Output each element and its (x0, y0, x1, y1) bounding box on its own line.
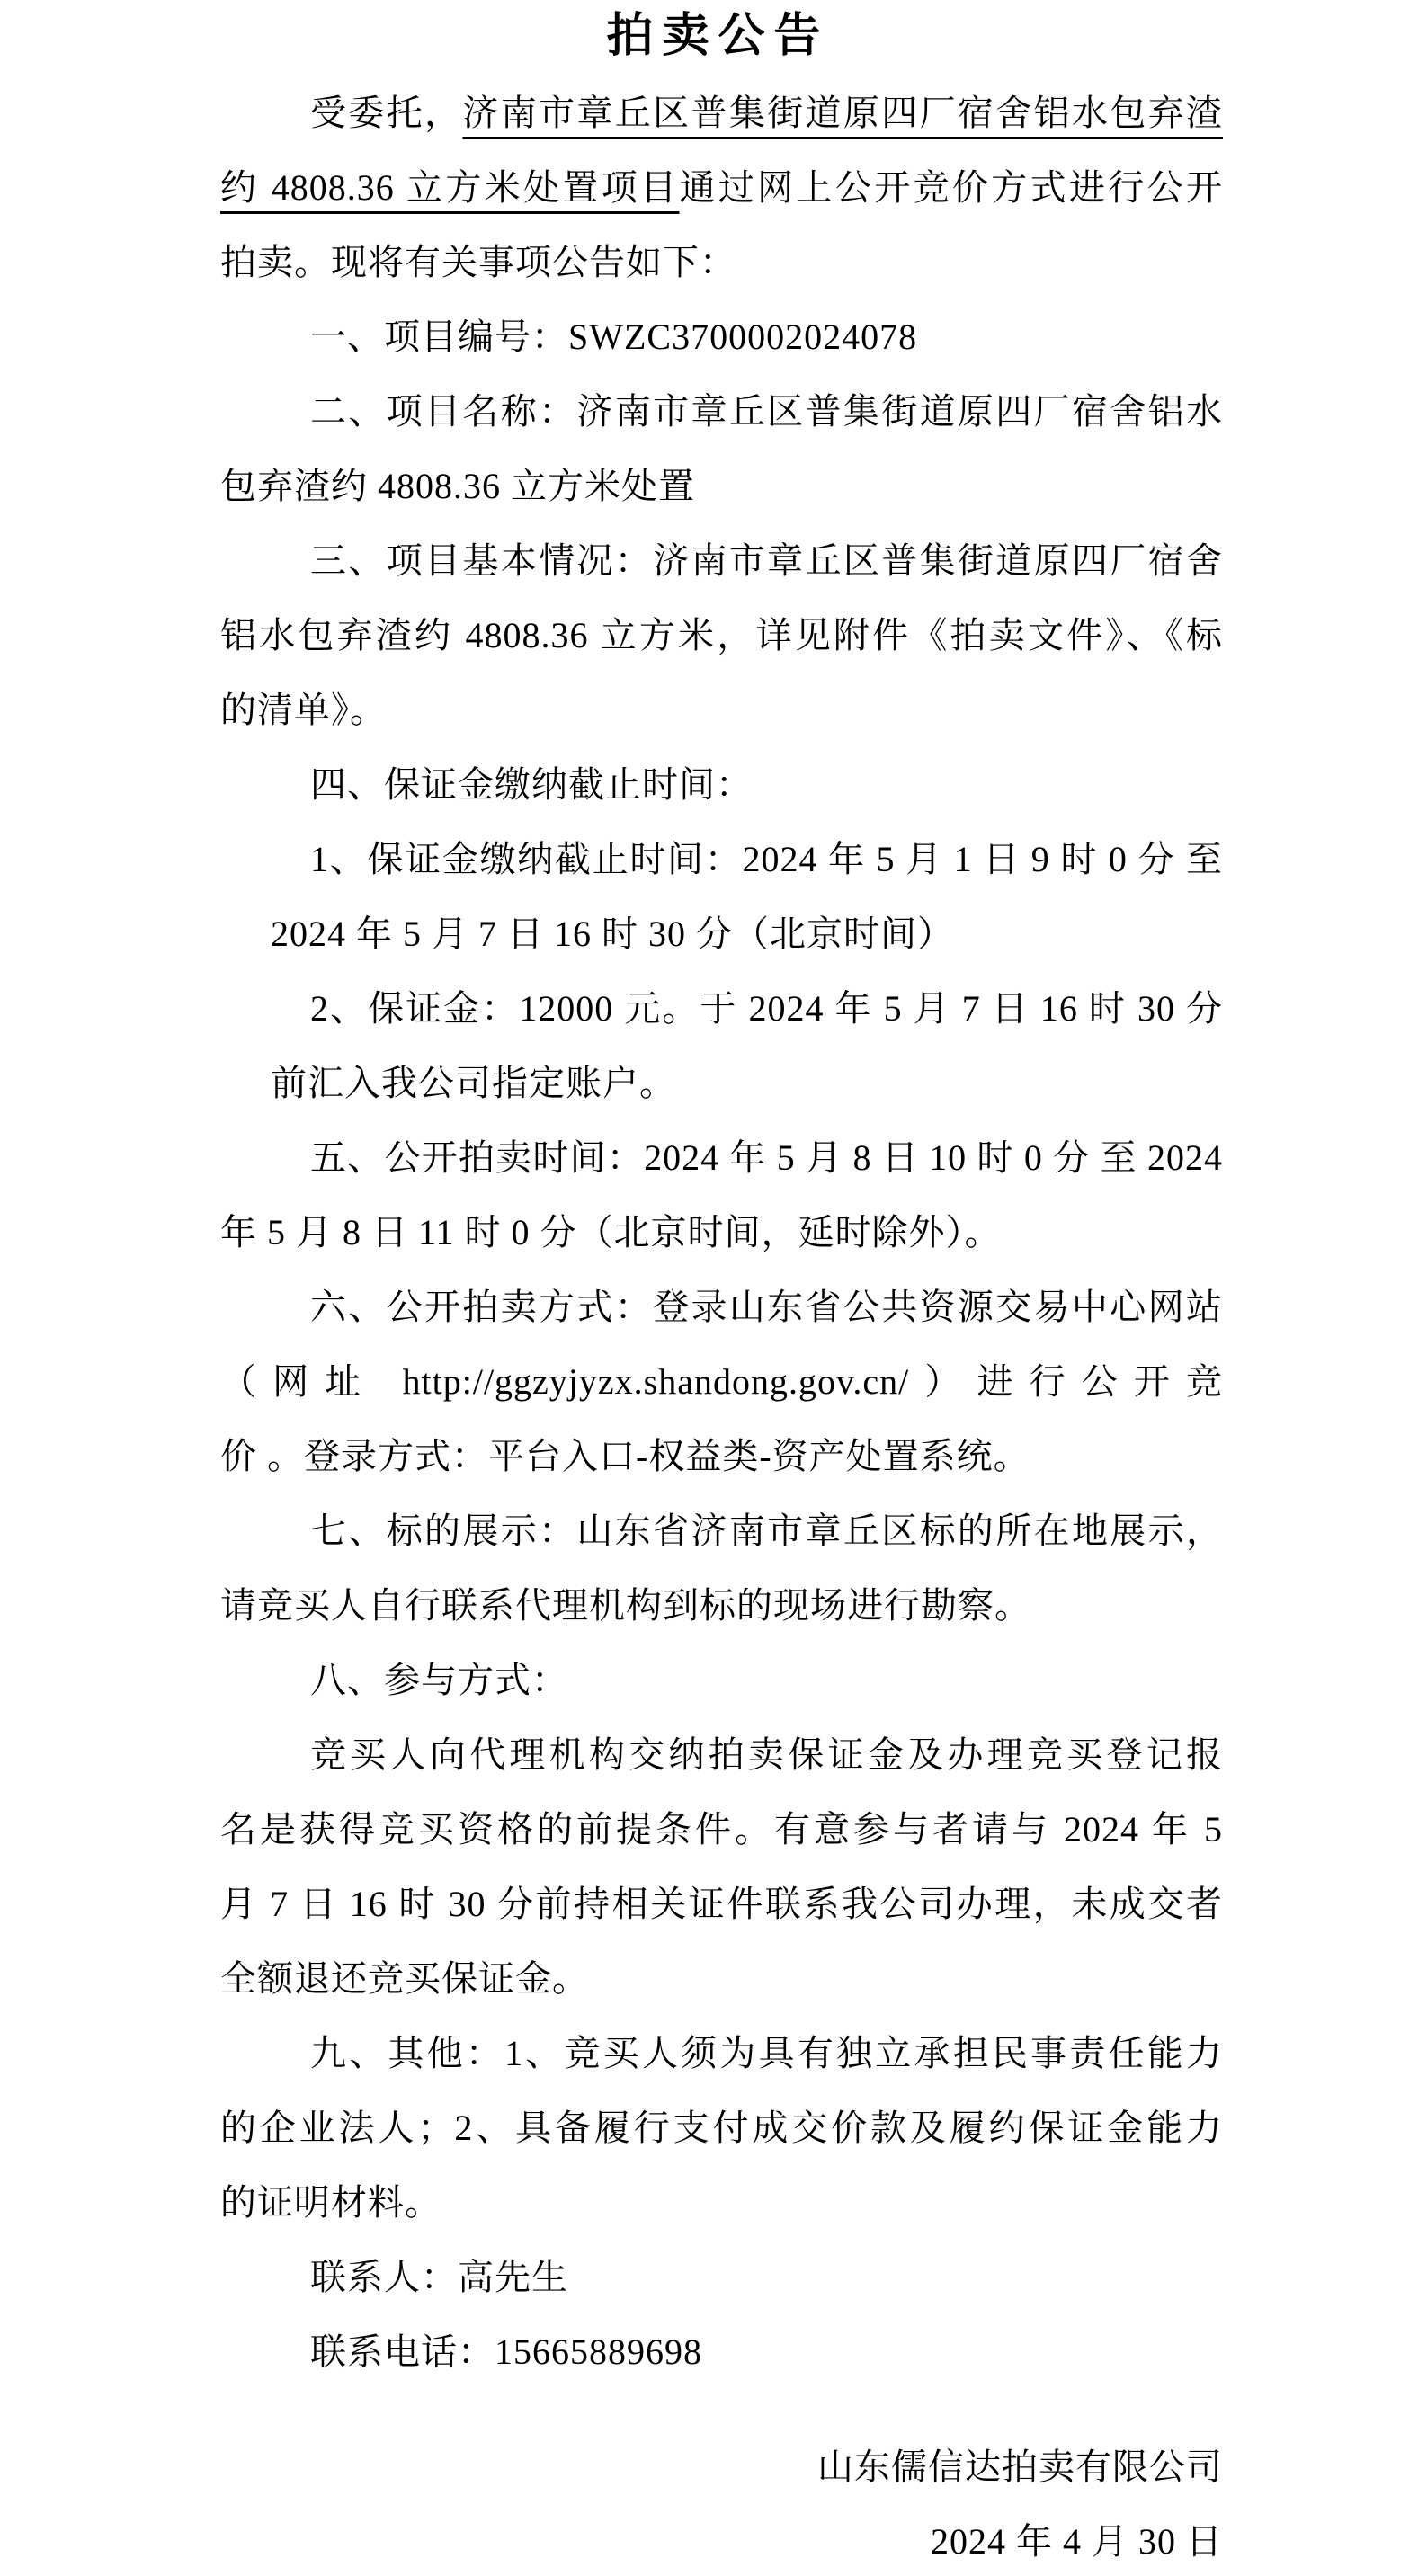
doc-line: 年 5 月 8 日 11 时 0 分（北京时间，延时除外）。 (220, 1195, 1223, 1270)
text-run: 山东儒信达拍卖有限公司 (817, 2447, 1223, 2487)
doc-line: 拍卖。现将有关事项公告如下： (220, 225, 1223, 299)
doc-line: 联系电话：15665889698 (220, 2314, 1223, 2389)
doc-line: 四、保证金缴纳截止时间： (220, 747, 1223, 822)
doc-line: 七、标的展示：山东省济南市章丘区标的所在地展示， (220, 1493, 1223, 1568)
text-run: 五、公开拍卖时间：2024 年 5 月 8 日 10 时 0 分 至 2024 (310, 1137, 1223, 1178)
text-run: 七、标的展示：山东省济南市章丘区标的所在地展示， (310, 1511, 1223, 1551)
text-run: 前汇入我公司指定账户。 (271, 1063, 676, 1103)
doc-line: 1、保证金缴纳截止时间：2024 年 5 月 1 日 9 时 0 分 至 (220, 822, 1223, 896)
doc-line: 三、项目基本情况：济南市章丘区普集街道原四厂宿舍 (220, 523, 1223, 598)
doc-line: 的企业法人；2、具备履行支付成交价款及履约保证金能力 (220, 2090, 1223, 2165)
doc-line: 的清单》。 (220, 673, 1223, 747)
doc-line: 名是获得竞买资格的前提条件。有意参与者请与 2024 年 5 (220, 1792, 1223, 1867)
text-run: 九、其他：1、竞买人须为具有独立承担民事责任能力 (310, 2033, 1223, 2073)
doc-line: 包弃渣约 4808.36 立方米处置 (220, 449, 1223, 523)
doc-line: 联系人：高先生 (220, 2240, 1223, 2314)
text-run: 的企业法人；2、具备履行支付成交价款及履约保证金能力 (220, 2108, 1223, 2148)
text-run: 受委托， (310, 93, 462, 133)
doc-line: 五、公开拍卖时间：2024 年 5 月 8 日 10 时 0 分 至 2024 (220, 1120, 1223, 1195)
doc-line: 全额退还竞买保证金。 (220, 1941, 1223, 2016)
text-run: 价 。登录方式：平台入口-权益类-资产处置系统。 (220, 1436, 1030, 1476)
text-run: 八、参与方式： (310, 1660, 568, 1700)
doc-line: 受委托，济南市章丘区普集街道原四厂宿舍铝水包弃渣 (220, 76, 1223, 150)
doc-line: 山东儒信达拍卖有限公司 (220, 2429, 1223, 2504)
text-run: 的证明材料。 (220, 2182, 441, 2223)
doc-line: 2024 年 4 月 30 日 (220, 2504, 1223, 2576)
doc-line: 九、其他：1、竞买人须为具有独立承担民事责任能力 (220, 2016, 1223, 2090)
underlined-text-run: 约 4808.36 立方米处置项目 (220, 167, 679, 208)
doc-line: 月 7 日 16 时 30 分前持相关证件联系我公司办理，未成交者 (220, 1867, 1223, 1941)
text-run: 联系电话：15665889698 (310, 2331, 702, 2372)
text-run: 的清单》。 (220, 690, 387, 730)
doc-line: 价 。登录方式：平台入口-权益类-资产处置系统。 (220, 1419, 1223, 1493)
text-run: 包弃渣约 4808.36 立方米处置 (220, 466, 695, 506)
doc-line: 2、保证金：12000 元。于 2024 年 5 月 7 日 16 时 30 分 (220, 971, 1223, 1046)
text-run: 拍卖。现将有关事项公告如下： (220, 242, 736, 282)
text-run: 一、项目编号：SWZC3700002024078 (310, 316, 917, 357)
text-run: 年 5 月 8 日 11 时 0 分（北京时间，延时除外）。 (220, 1212, 1002, 1252)
text-run: 二、项目名称：济南市章丘区普集街道原四厂宿舍铝水 (310, 391, 1223, 432)
text-run: 通过网上公开竞价方式进行公开 (679, 167, 1223, 208)
text-run: 铝水包弃渣约 4808.36 立方米，详见附件《拍卖文件》、《标 (220, 615, 1223, 655)
text-run: 四、保证金缴纳截止时间： (310, 764, 753, 805)
doc-line: 2024 年 5 月 7 日 16 时 30 分（北京时间） (220, 896, 1223, 971)
underlined-text-run: 济南市章丘区普集街道原四厂宿舍铝水包弃渣 (462, 93, 1223, 133)
doc-line: 二、项目名称：济南市章丘区普集街道原四厂宿舍铝水 (220, 374, 1223, 449)
text-run: 月 7 日 16 时 30 分前持相关证件联系我公司办理，未成交者 (220, 1884, 1223, 1924)
text-run: 2、保证金：12000 元。于 2024 年 5 月 7 日 16 时 30 分 (310, 988, 1223, 1029)
text-run: 联系人：高先生 (310, 2257, 568, 2297)
page: 拍卖公告 受委托，济南市章丘区普集街道原四厂宿舍铝水包弃渣约 4808.36 立… (0, 0, 1427, 2576)
doc-line: （网址 http://ggzyjyzx.shandong.gov.cn/）进行公… (220, 1344, 1223, 1419)
text-run: 2024 年 4 月 30 日 (931, 2521, 1223, 2562)
doc-line: 竞买人向代理机构交纳拍卖保证金及办理竞买登记报 (220, 1717, 1223, 1792)
text-run: 1、保证金缴纳截止时间：2024 年 5 月 1 日 9 时 0 分 至 (310, 839, 1223, 879)
doc-line: 一、项目编号：SWZC3700002024078 (220, 299, 1223, 374)
doc-line: 六、公开拍卖方式：登录山东省公共资源交易中心网站 (220, 1270, 1223, 1344)
text-run: 名是获得竞买资格的前提条件。有意参与者请与 2024 年 5 (220, 1809, 1223, 1850)
text-run: 请竞买人自行联系代理机构到标的现场进行勘察。 (220, 1585, 1031, 1626)
doc-line: 请竞买人自行联系代理机构到标的现场进行勘察。 (220, 1568, 1223, 1643)
doc-line: 约 4808.36 立方米处置项目通过网上公开竞价方式进行公开 (220, 150, 1223, 225)
text-run: 2024 年 5 月 7 日 16 时 30 分（北京时间） (271, 914, 954, 954)
doc-line: 前汇入我公司指定账户。 (220, 1046, 1223, 1120)
text-run: 三、项目基本情况：济南市章丘区普集街道原四厂宿舍 (310, 540, 1223, 581)
text-run: 竞买人向代理机构交纳拍卖保证金及办理竞买登记报 (310, 1734, 1223, 1775)
document-body: 受委托，济南市章丘区普集街道原四厂宿舍铝水包弃渣约 4808.36 立方米处置项… (220, 76, 1223, 2576)
doc-line: 铝水包弃渣约 4808.36 立方米，详见附件《拍卖文件》、《标 (220, 598, 1223, 673)
doc-line: 八、参与方式： (220, 1643, 1223, 1717)
text-run: 六、公开拍卖方式：登录山东省公共资源交易中心网站 (310, 1287, 1223, 1327)
text-run: 全额退还竞买保证金。 (220, 1958, 589, 1999)
text-run: （网址 http://ggzyjyzx.shandong.gov.cn/）进行公… (220, 1361, 1223, 1402)
document-title: 拍卖公告 (0, 0, 1427, 65)
doc-line: 的证明材料。 (220, 2165, 1223, 2240)
